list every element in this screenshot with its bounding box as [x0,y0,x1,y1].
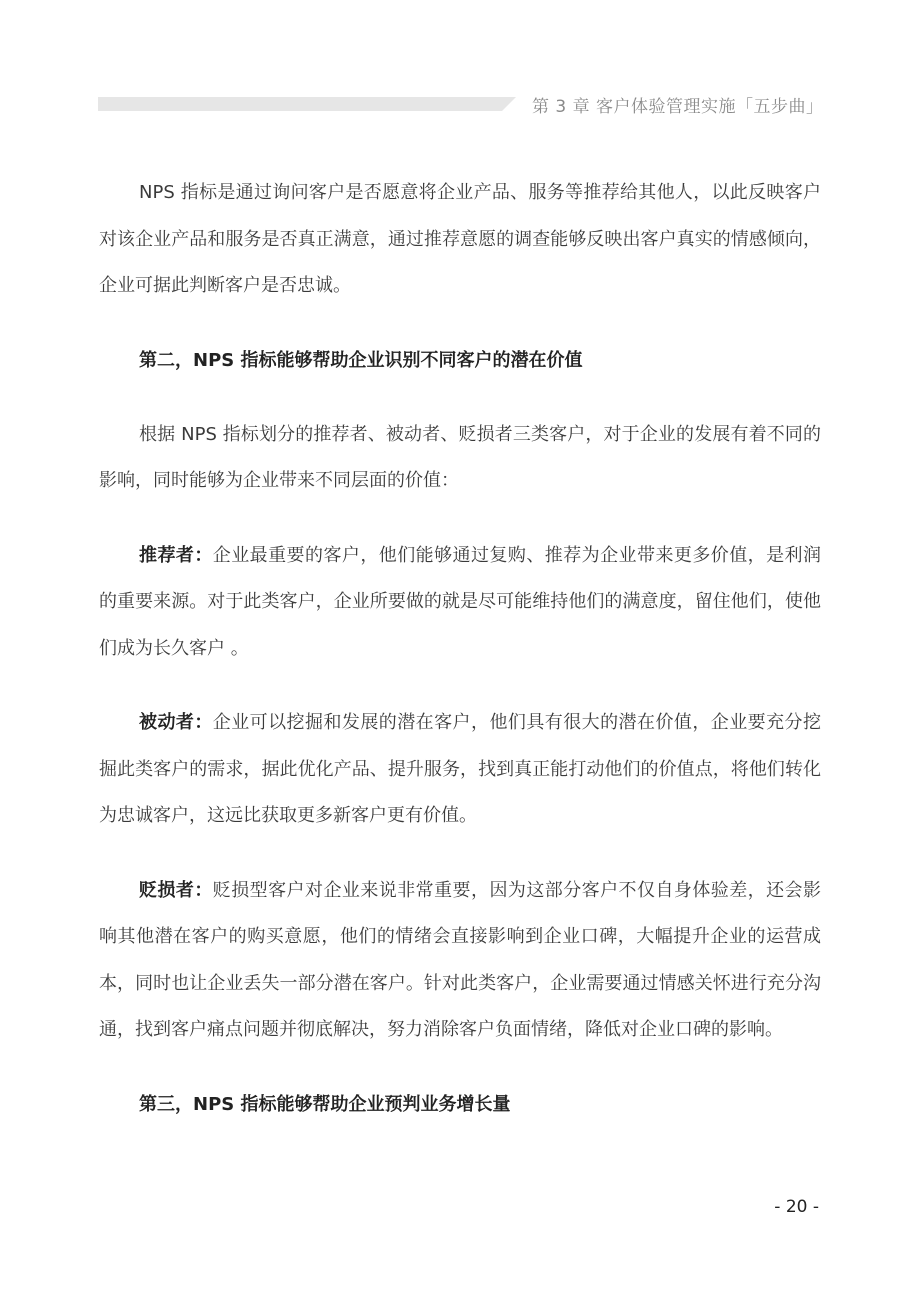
customer-types-paragraph: 根据 NPS 指标划分的推荐者、被动者、贬损者三类客户，对于企业的发展有着不同的… [99,412,821,505]
page-content: NPS 指标是通过询问客户是否愿意将企业产品、服务等推荐给其他人，以此反映客户对… [99,170,821,1128]
section-heading-third: 第三，NPS 指标能够帮助企业预判业务增长量 [99,1082,821,1128]
page-number: - 20 - [774,1197,819,1217]
header-decoration-bar [98,97,516,111]
detractors-paragraph: 贬损者：贬损型客户对企业来说非常重要，因为这部分客户不仅自身体验差，还会影响其他… [99,868,821,1054]
passives-label: 被动者： [139,712,213,733]
detractors-label: 贬损者： [139,880,213,901]
intro-paragraph: NPS 指标是通过询问客户是否愿意将企业产品、服务等推荐给其他人，以此反映客户对… [99,170,821,310]
promoters-label: 推荐者： [139,545,213,566]
chapter-header: 第 3 章 客户体验管理实施「五步曲」 [532,92,824,117]
detractors-text: 贬损型客户对企业来说非常重要，因为这部分客户不仅自身体验差，还会影响其他潜在客户… [99,880,821,1041]
promoters-paragraph: 推荐者：企业最重要的客户，他们能够通过复购、推荐为企业带来更多价值，是利润的重要… [99,533,821,673]
passives-paragraph: 被动者：企业可以挖掘和发展的潜在客户，他们具有很大的潜在价值，企业要充分挖掘此类… [99,700,821,840]
section-heading-second: 第二，NPS 指标能够帮助企业识别不同客户的潜在价值 [99,338,821,384]
